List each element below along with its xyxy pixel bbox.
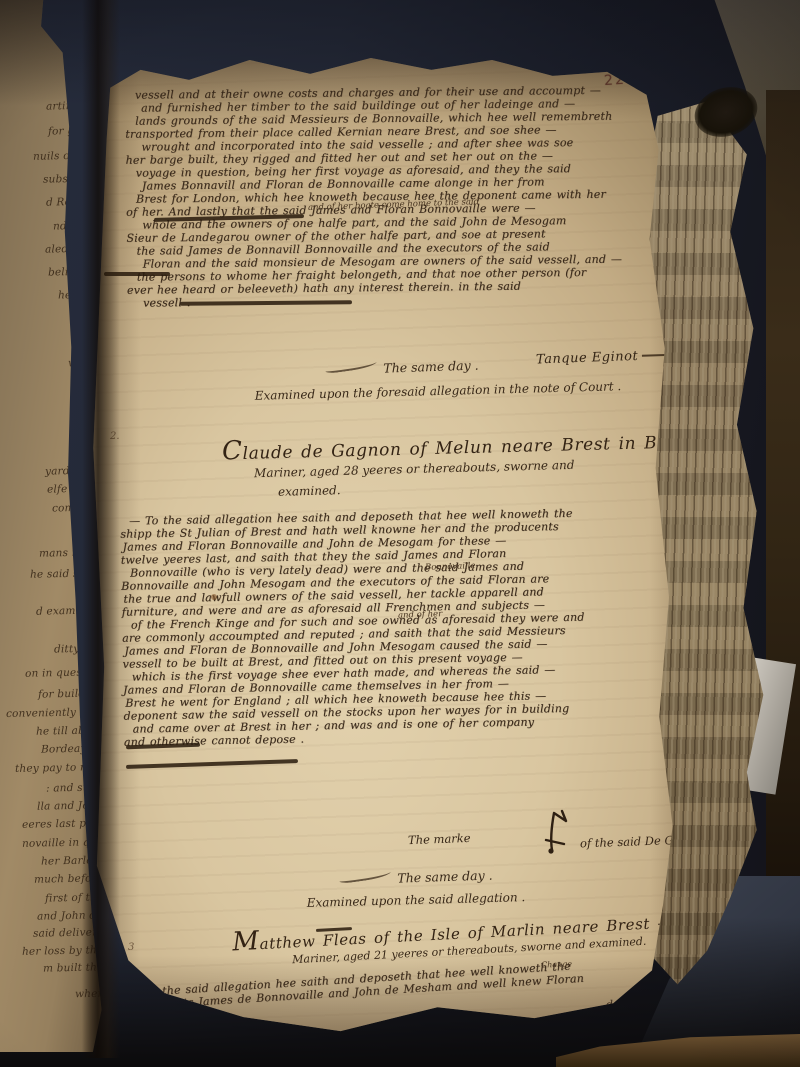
verso-line-fragment: m built the: [42, 961, 103, 974]
verso-line-fragment: on in question: [24, 666, 103, 680]
verso-line-fragment: : and such: [46, 781, 103, 794]
verso-line-fragment: Bordeayled: [40, 742, 103, 755]
verso-line-fragment: conveniently styll: [6, 706, 103, 720]
verso-line-fragment: much before: [34, 872, 104, 885]
verso-line-fragment: ndo Caut: [53, 219, 103, 232]
verso-line-fragment: aled h bon: [45, 242, 103, 255]
section-d-paragraph: — To the said allegation hee saith and d…: [120, 505, 669, 748]
strike-mark: [104, 272, 170, 276]
verso-line-fragment: subscribed: [43, 172, 103, 185]
verso-line-fragment: company.: [51, 501, 103, 514]
verso-page: is dueartine watfor garkinnuils oni, was…: [0, 0, 108, 1052]
verso-line-fragment: d Regnard: [45, 195, 103, 208]
margin-number: 3: [128, 942, 134, 953]
verso-line-fragment: novaille in que: [22, 836, 103, 850]
verso-line-fragment: is due: [70, 14, 103, 27]
verso-line-fragment: he said shipp: [30, 567, 103, 581]
wood-strip: [766, 90, 800, 930]
interline-note-change: Change: [541, 959, 572, 969]
verso-line-fragment: fiftie: [77, 585, 103, 598]
interline-note: and of her: [398, 609, 443, 621]
verso-line-fragment: he till about: [36, 724, 103, 737]
mark-caption-left: The marke: [408, 831, 471, 847]
verso-line-fragment: elfe of the: [47, 482, 103, 495]
verso-line-fragment: said delivery: [32, 926, 103, 939]
same-day-heading: The same day .: [222, 354, 582, 380]
verso-line-fragment: eeres last past: [22, 817, 103, 831]
section-g-paragraph: — To the said allegation hee saith and d…: [128, 953, 674, 1012]
verso-line-fragment: first of the: [45, 891, 104, 904]
strike-mark: [126, 759, 298, 769]
verso-line-fragment: artine wat: [46, 99, 103, 112]
same-day-heading-2: The same day .: [266, 865, 566, 889]
verso-line-fragment: d examined.: [36, 604, 103, 617]
manuscript-photo: is dueartine watfor garkinnuils oni, was…: [0, 0, 800, 1067]
verso-line-fragment: belief and: [48, 265, 103, 278]
section-a-paragraph: vessell and at their owne costs and char…: [125, 83, 657, 310]
gagnon-mark-icon: [538, 806, 574, 856]
verso-line-fragment: mans neare: [39, 546, 103, 559]
verso-line-fragment: her said: [58, 289, 103, 302]
interline-note: Bonnovaille: [425, 561, 476, 573]
recto-page: 225 2.3 vessell and at their owne costs …: [86, 50, 692, 1045]
verso-line-fragment: ditty and: [54, 642, 104, 655]
ink-blot: [211, 594, 217, 600]
allegation-heading-2: Examined upon the said allegation .: [226, 888, 606, 912]
verso-line-fragment: for building: [38, 687, 103, 700]
verso-line-fragment: lla and John: [37, 799, 103, 812]
verso-line-fragment: for garkin: [48, 124, 103, 137]
verso-line-fragment: wher: [75, 988, 103, 1001]
verso-line-fragment: they pay to mee: [15, 761, 103, 775]
verso-line-fragment: nuils oni, wa: [33, 149, 103, 162]
deponent-description-2: examined.: [278, 483, 341, 499]
verso-line-fragment: her loss by the: [22, 944, 104, 958]
allegation-heading: Examined upon the foresaid allegation in…: [198, 378, 678, 405]
verso-line-fragment: her Barlost: [41, 854, 103, 867]
margin-number: 2.: [110, 431, 120, 442]
